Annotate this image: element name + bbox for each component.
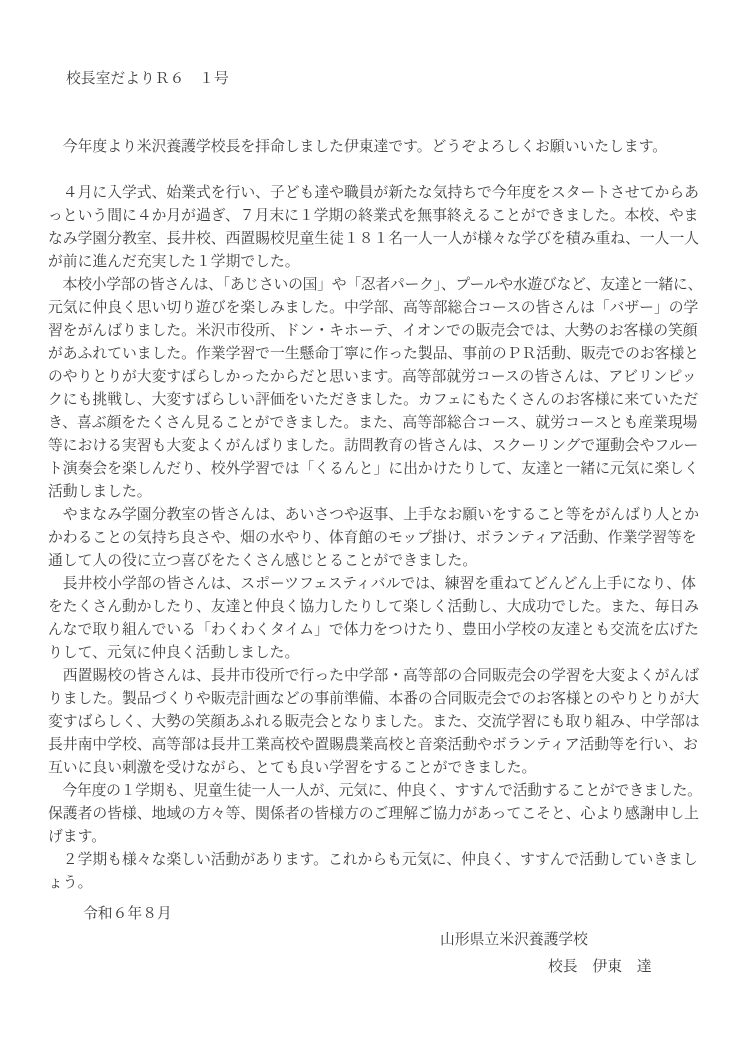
text-line: りして、元気に仲良く活動しました。 — [48, 642, 702, 665]
text-line: りました。製品づくりや販売計画などの事前準備、本番の合同販売会でのお客様とのやり… — [48, 688, 702, 711]
intro-paragraph: 今年度より米沢養護学校長を拝命しました伊東達です。どうぞよろしくお願いいたします… — [48, 136, 702, 159]
paragraph: やまなみ学園分教室の皆さんは、あいさつや返事、上手なお願いをすること等をがんばり… — [48, 504, 702, 573]
text-line: 元気に仲良く思い切り遊びを楽しみました。中学部、高等部総合コースの皆さんは「バザ… — [48, 297, 702, 320]
text-line: ４月に入学式、始業式を行い、子ども達や職員が新たな気持ちで今年度をスタートさせて… — [48, 182, 702, 205]
paragraph: 今年度の１学期も、児童生徒一人一人が、元気に、仲良く、すすんで活動することができ… — [48, 780, 702, 849]
body-paragraphs: ４月に入学式、始業式を行い、子ども達や職員が新たな気持ちで今年度をスタートさせて… — [48, 182, 702, 895]
paragraph: 長井校小学部の皆さんは、スポーツフェスティバルでは、練習を重ねてどんどん上手にな… — [48, 573, 702, 665]
text-line: き、喜ぶ顔をたくさん見ることができました。また、高等部総合コース、就労コースとも… — [48, 412, 702, 435]
paragraph: 西置賜校の皆さんは、長井市役所で行った中学部・高等部の合同販売会の学習を大変よく… — [48, 665, 702, 780]
text-line: げます。 — [48, 826, 702, 849]
text-line: 長井南中学校、高等部は長井工業高校や置賜農業高校と音楽活動やボランティア活動等を… — [48, 734, 702, 757]
text-line: クにも挑戦し、大変すばらしい評価をいただきました。カフェにもたくさんのお客様に来… — [48, 389, 702, 412]
text-line: 本校小学部の皆さんは、「あじさいの国」や「忍者パーク」、プールや水遊びなど、友達… — [48, 274, 702, 297]
text-line: 長井校小学部の皆さんは、スポーツフェスティバルでは、練習を重ねてどんどん上手にな… — [48, 573, 702, 596]
paragraph: 本校小学部の皆さんは、「あじさいの国」や「忍者パーク」、プールや水遊びなど、友達… — [48, 274, 702, 504]
text-line: 習をがんばりました。米沢市役所、ドン・キホーテ、イオンでの販売会では、大勢のお客… — [48, 320, 702, 343]
text-line: 西置賜校の皆さんは、長井市役所で行った中学部・高等部の合同販売会の学習を大変よく… — [48, 665, 702, 688]
text-line: 変すばらしく、大勢の笑顔あふれる販売会となりました。また、交流学習にも取り組み、… — [48, 711, 702, 734]
text-line: なみ学園分教室、長井校、西置賜校児童生徒１８１名一人一人が様々な学びを積み重ね、… — [48, 228, 702, 251]
text-line: があふれていました。作業学習で一生懸命丁寧に作った製品、事前のＰＲ活動、販売での… — [48, 343, 702, 366]
text-line: ト演奏会を楽しんだり、校外学習では「くるんと」に出かけたりして、友達と一緒に元気… — [48, 458, 702, 481]
newsletter-title: 校長室だよりＲ６ １号 — [66, 68, 702, 91]
text-line: やまなみ学園分教室の皆さんは、あいさつや返事、上手なお願いをすること等をがんばり… — [48, 504, 702, 527]
principal-signature: 校長 伊東 達 — [548, 956, 702, 979]
text-line: 互いに良い刺激を受けながら、とても良い学習をすることができました。 — [48, 757, 702, 780]
text-line: 通して人の役に立つ喜びをたくさん感じとることができました。 — [48, 550, 702, 573]
text-column: 校長室だよりＲ６ １号 今年度より米沢養護学校長を拝命しました伊東達です。どうぞ… — [48, 0, 702, 979]
paragraph: ４月に入学式、始業式を行い、子ども達や職員が新たな気持ちで今年度をスタートさせて… — [48, 182, 702, 274]
text-line: ２学期も様々な楽しい活動があります。これからも元気に、仲良く、すすんで活動してい… — [48, 849, 702, 872]
text-line: っという間に４か月が過ぎ、７月末に１学期の終業式を無事終えることができました。本… — [48, 205, 702, 228]
text-line: かわることの気持ち良さや、畑の水やり、体育館のモップ掛け、ボランティア活動、作業… — [48, 527, 702, 550]
text-line: ょう。 — [48, 872, 702, 895]
school-name: 山形県立米沢養護学校 — [440, 929, 702, 952]
text-line: 等における実習も大変よくがんばりました。訪問教育の皆さんは、スクーリングで運動会… — [48, 435, 702, 458]
text-line: のやりとりが大変すばらしかったからだと思います。高等部就労コースの皆さんは、アビ… — [48, 366, 702, 389]
paragraph: ２学期も様々な楽しい活動があります。これからも元気に、仲良く、すすんで活動してい… — [48, 849, 702, 895]
text-line: 活動しました。 — [48, 481, 702, 504]
text-line: が前に進んだ充実した１学期でした。 — [48, 251, 702, 274]
text-line: 保護者の皆様、地域の方々等、関係者の皆様方のご理解ご協力があってこそと、心より感… — [48, 803, 702, 826]
text-line: 今年度の１学期も、児童生徒一人一人が、元気に、仲良く、すすんで活動することができ… — [48, 780, 702, 803]
date-line: 令和６年８月 — [83, 903, 702, 926]
text-line: をたくさん動かしたり、友達と仲良く協力したりして楽しく活動し、大成功でした。また… — [48, 596, 702, 619]
text-line: んなで取り組んでいる「わくわくタイム」で体力をつけたり、豊田小学校の友達とも交流… — [48, 619, 702, 642]
newsletter-page: 校長室だよりＲ６ １号 今年度より米沢養護学校長を拝命しました伊東達です。どうぞ… — [0, 0, 744, 1052]
